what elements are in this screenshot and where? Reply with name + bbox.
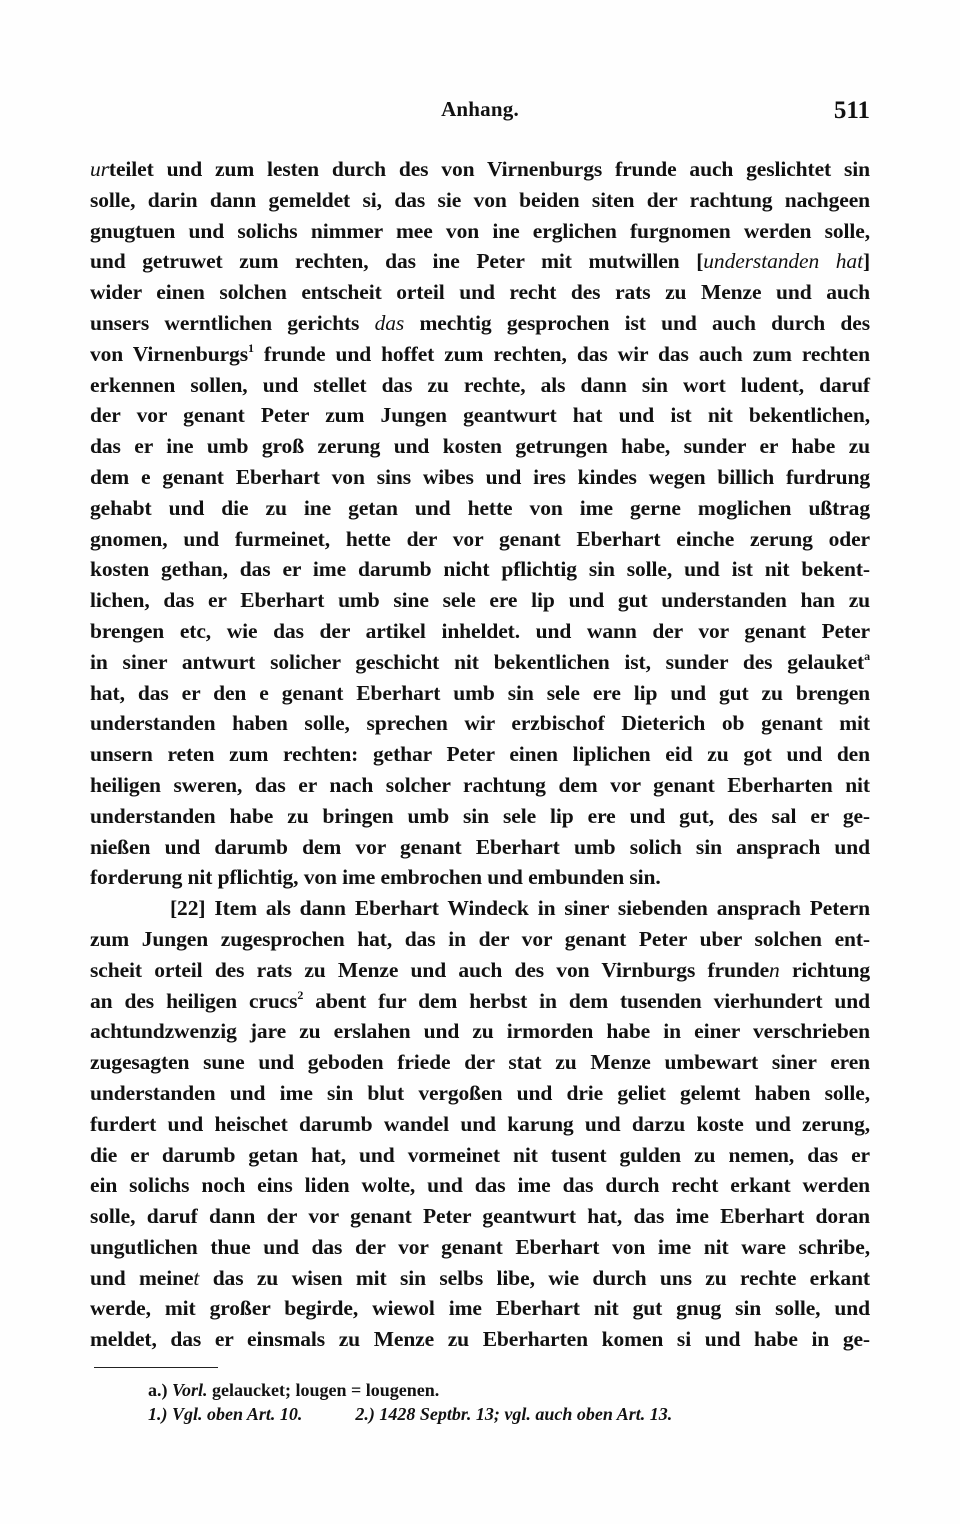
text-line: wider einen solchen entscheit orteil und… [90, 277, 870, 308]
text-line: solle, daruf dann der vor genant Peter g… [90, 1201, 870, 1232]
text-line: unsers werntlichen gerichts das mechtig … [90, 308, 870, 339]
text-line: ungutlichen thue und das der vor genant … [90, 1232, 870, 1263]
footnote-marker: a.) [148, 1380, 168, 1400]
text-line: heiligen sweren, das er nach solcher rac… [90, 770, 870, 801]
text-line: lichen, das er Eberhart umb sine sele er… [90, 585, 870, 616]
footnote-1-text: Vgl. oben Art. 10. [172, 1404, 302, 1424]
text-line: die er darumb getan hat, und vormeinet n… [90, 1140, 870, 1171]
text-line: an des heiligen crucs2 abent fur dem her… [90, 986, 870, 1017]
text-line: ein solichs noch eins liden wolte, und d… [90, 1170, 870, 1201]
text-line: zugesagten sune und geboden friede der s… [90, 1047, 870, 1078]
text-line: und getruwet zum rechten, das ine Peter … [90, 246, 870, 277]
text-line: furdert und heischet darumb wandel und k… [90, 1109, 870, 1140]
text-line: forderung nit pflichtig, von ime embroch… [90, 862, 870, 893]
text-line: solle, darin dann gemeldet si, das sie v… [90, 185, 870, 216]
text-line: achtundzwenzig jare zu erslahen und zu i… [90, 1016, 870, 1047]
body-text: urteilet und zum lesten durch des von Vi… [90, 154, 870, 1355]
footnote-numbered-row: 1.) Vgl. oben Art. 10. 2.) 1428 Septbr. … [148, 1402, 868, 1426]
text-line: understanden haben solle, sprechen wir e… [90, 708, 870, 739]
editorial-insertion: understanden hat [703, 249, 863, 273]
article-22-start: [22] Item als dann Eberhart Windeck in s… [90, 893, 870, 924]
text-line: gnugtuen und solichs nimmer mee von ine … [90, 216, 870, 247]
italic-letter: n [769, 958, 780, 982]
running-head: Anhang. 511 [90, 97, 870, 127]
footnote-2-text: 1428 Septbr. 13; vgl. auch oben Art. 13. [379, 1404, 672, 1424]
text-line: unsern reten zum rechten: gethar Peter e… [90, 739, 870, 770]
text-line: gehabt und die zu ine getan und hette vo… [90, 493, 870, 524]
footnote-ref-a[interactable]: a [864, 649, 870, 663]
footnotes: a.) Vorl. gelaucket; lougen = lougenen. … [148, 1378, 868, 1426]
text-line: und meinet das zu wisen mit sin selbs li… [90, 1263, 870, 1294]
text-line: meldet, das er einsmals zu Menze zu Eber… [90, 1324, 870, 1355]
footnote-text: gelaucket; lougen = lougenen. [208, 1380, 440, 1400]
text-line: nießen und darumb dem vor genant Eberhar… [90, 832, 870, 863]
text-line: von Virnenburgs1 frunde und hoffet zum r… [90, 339, 870, 370]
text-line: gnomen, und furmeinet, hette der vor gen… [90, 524, 870, 555]
running-title: Anhang. [90, 97, 870, 122]
page-number: 511 [834, 97, 870, 125]
text-line: das er ine umb groß zerung und kosten ge… [90, 431, 870, 462]
text-line: dem e genant Eberhart von sins wibes und… [90, 462, 870, 493]
italic-word: das [375, 311, 405, 335]
text-line: kosten gethan, das er ime darumb nicht p… [90, 554, 870, 585]
text-line: erkennen sollen, und stellet das zu rech… [90, 370, 870, 401]
italic-prefix: ur [90, 157, 109, 181]
text-line: brengen etc, wie das der artikel inhelde… [90, 616, 870, 647]
footnote-a: a.) Vorl. gelaucket; lougen = lougenen. [148, 1378, 868, 1402]
footnote-1-marker: 1.) [148, 1404, 168, 1424]
footnote-italic: Vorl. [172, 1380, 208, 1400]
text-line: werde, mit großer begirde, wiewol ime Eb… [90, 1293, 870, 1324]
text-line: in siner antwurt solicher geschicht nit … [90, 647, 870, 678]
footnote-divider [94, 1367, 218, 1368]
text-line: der vor genant Peter zum Jungen geantwur… [90, 400, 870, 431]
footnote-2-marker: 2.) [355, 1404, 375, 1424]
text-line: urteilet und zum lesten durch des von Vi… [90, 154, 870, 185]
text-line: hat, das er den e genant Eberhart umb si… [90, 678, 870, 709]
text-line: zum Jungen zugesprochen hat, das in der … [90, 924, 870, 955]
text-line: scheit orteil des rats zu Menze und auch… [90, 955, 870, 986]
book-page: Anhang. 511 urteilet und zum lesten durc… [0, 0, 960, 1524]
text-line: understanden und ime sin blut vergoßen u… [90, 1078, 870, 1109]
text-line: understanden habe zu bringen umb sin sel… [90, 801, 870, 832]
